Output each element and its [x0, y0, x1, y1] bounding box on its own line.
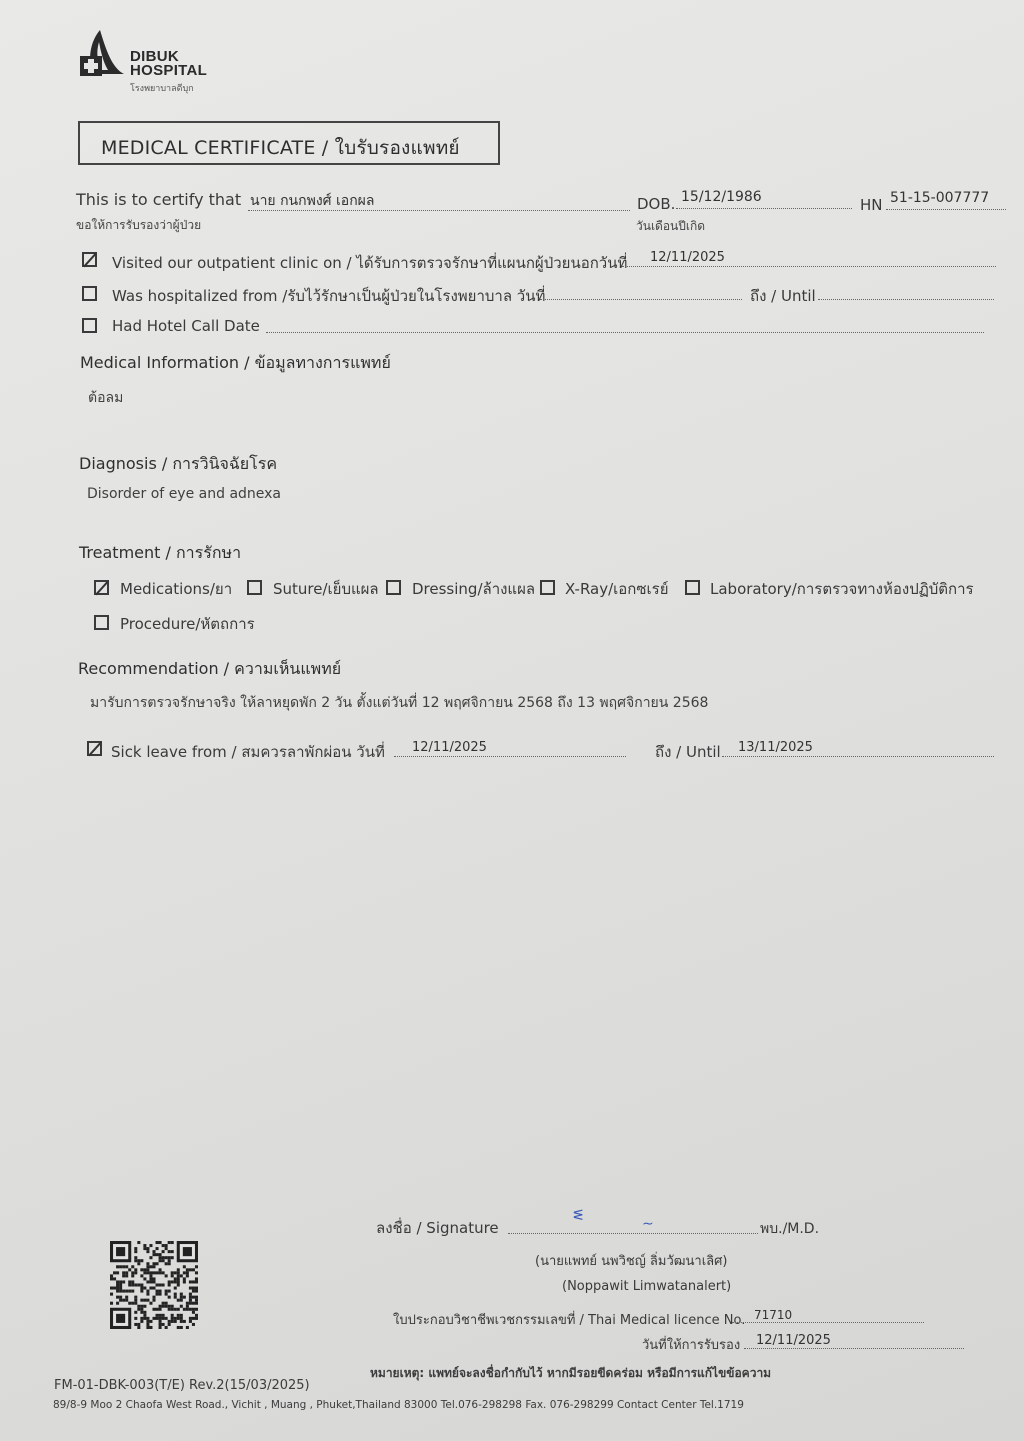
document-title: MEDICAL CERTIFICATE / ใบรับรองแพทย์	[101, 133, 460, 163]
hospitalized-label: Was hospitalized from /รับไว้รักษาเป็นผู…	[112, 284, 545, 308]
treatment-xray-checkbox[interactable]	[540, 580, 555, 595]
outpatient-date: 12/11/2025	[650, 250, 725, 265]
hospital-logo-icon	[78, 28, 130, 83]
certify-label: This is to certify that	[76, 190, 241, 209]
recommendation-text: มารับการตรวจรักษาจริง ให้ลาหยุดพัก 2 วัน…	[90, 692, 708, 714]
signature-label: ลงชื่อ / Signature	[376, 1216, 499, 1240]
hospital-name-thai: โรงพยาบาลดีบุก	[130, 81, 194, 95]
treatment-suture-checkbox[interactable]	[247, 580, 262, 595]
dob-value: 15/12/1986	[681, 189, 762, 205]
document-title-box: MEDICAL CERTIFICATE / ใบรับรองแพทย์	[78, 121, 500, 165]
doctor-name-thai: (นายแพทย์ นพวิชญ์ ลิ่มวัฒนาเลิศ)	[535, 1250, 727, 1271]
signature-line	[508, 1233, 758, 1234]
cert-date-label: วันที่ให้การรับรอง	[642, 1334, 740, 1355]
sick-leave-label: Sick leave from / สมควรลาพักผ่อน วันที่	[111, 740, 385, 764]
treatment-suture-label: Suture/เย็บแผล	[273, 577, 379, 601]
cert-date-line	[744, 1348, 964, 1349]
licence-line	[732, 1322, 924, 1323]
treatment-medications-label: Medications/ยา	[120, 577, 232, 601]
hn-label: HN	[860, 196, 883, 214]
dob-label: DOB.	[637, 195, 675, 213]
treatment-laboratory-label: Laboratory/การตรวจทางห้องปฏิบัติการ	[710, 577, 974, 601]
hospitalized-until-line	[818, 299, 994, 300]
diagnosis-heading: Diagnosis / การวินิจฉัยโรค	[79, 452, 277, 477]
treatment-heading: Treatment / การรักษา	[79, 541, 241, 566]
treatment-laboratory-checkbox[interactable]	[685, 580, 700, 595]
hospitalized-checkbox[interactable]	[82, 286, 97, 301]
hotel-call-line	[266, 332, 984, 333]
form-code: FM-01-DBK-003(T/E) Rev.2(15/03/2025)	[54, 1378, 310, 1393]
outpatient-label: Visited our outpatient clinic on / ได้รั…	[112, 251, 627, 275]
medical-info-heading: Medical Information / ข้อมูลทางการแพทย์	[80, 351, 391, 376]
dob-label-thai: วันเดือนปีเกิด	[636, 217, 705, 236]
treatment-dressing-checkbox[interactable]	[386, 580, 401, 595]
treatment-medications-checkbox[interactable]	[94, 580, 109, 595]
hospital-name-line2: HOSPITAL	[130, 64, 207, 78]
licence-number: 71710	[754, 1308, 792, 1322]
sick-leave-until: 13/11/2025	[738, 740, 813, 755]
patient-name-line	[248, 210, 630, 211]
treatment-procedure-label: Procedure/หัตถการ	[120, 612, 255, 636]
sick-leave-from: 12/11/2025	[412, 740, 487, 755]
sick-leave-until-label: ถึง / Until	[655, 740, 721, 764]
treatment-xray-label: X-Ray/เอกซเรย์	[565, 577, 669, 601]
hospitalized-until-label: ถึง / Until	[750, 284, 816, 308]
recommendation-heading: Recommendation / ความเห็นแพทย์	[78, 657, 341, 682]
hotel-call-label: Had Hotel Call Date	[112, 317, 260, 335]
dob-line	[676, 208, 852, 209]
outpatient-date-line	[622, 266, 996, 267]
sick-leave-until-line	[722, 756, 994, 757]
outpatient-checkbox[interactable]	[82, 252, 97, 267]
hospitalized-from-line	[540, 299, 742, 300]
footer-note: หมายเหตุ: แพทย์จะลงชื่อกำกับไว้ หากมีรอย…	[370, 1364, 771, 1383]
sick-leave-checkbox[interactable]	[87, 741, 102, 756]
diagnosis-text: Disorder of eye and adnexa	[87, 486, 281, 502]
signature-stroke: ∼	[642, 1216, 654, 1232]
signature-suffix: พบ./M.D.	[760, 1218, 819, 1240]
hotel-call-checkbox[interactable]	[82, 318, 97, 333]
hn-line	[886, 209, 1006, 210]
medical-info-text: ต้อลม	[88, 387, 123, 409]
hospital-address: 89/8-9 Moo 2 Chaofa West Road., Vichit ,…	[53, 1399, 744, 1411]
sick-leave-from-line	[394, 756, 626, 757]
patient-name: นาย กนกพงศ์ เอกผล	[250, 190, 374, 212]
signature-mark: ᓬ	[573, 1208, 583, 1224]
qr-code-icon	[110, 1241, 198, 1329]
doctor-name-en: (Noppawit Limwatanalert)	[562, 1279, 731, 1294]
certify-label-thai: ขอให้การรับรองว่าผู้ป่วย	[76, 216, 201, 235]
hospital-logo: DIBUK HOSPITAL โรงพยาบาลดีบุก	[78, 28, 228, 98]
hn-value: 51-15-007777	[890, 190, 989, 206]
treatment-dressing-label: Dressing/ล้างแผล	[412, 577, 535, 601]
licence-label: ใบประกอบวิชาชีพเวชกรรมเลขที่ / Thai Medi…	[393, 1309, 745, 1330]
cert-date: 12/11/2025	[756, 1333, 831, 1348]
treatment-procedure-checkbox[interactable]	[94, 615, 109, 630]
